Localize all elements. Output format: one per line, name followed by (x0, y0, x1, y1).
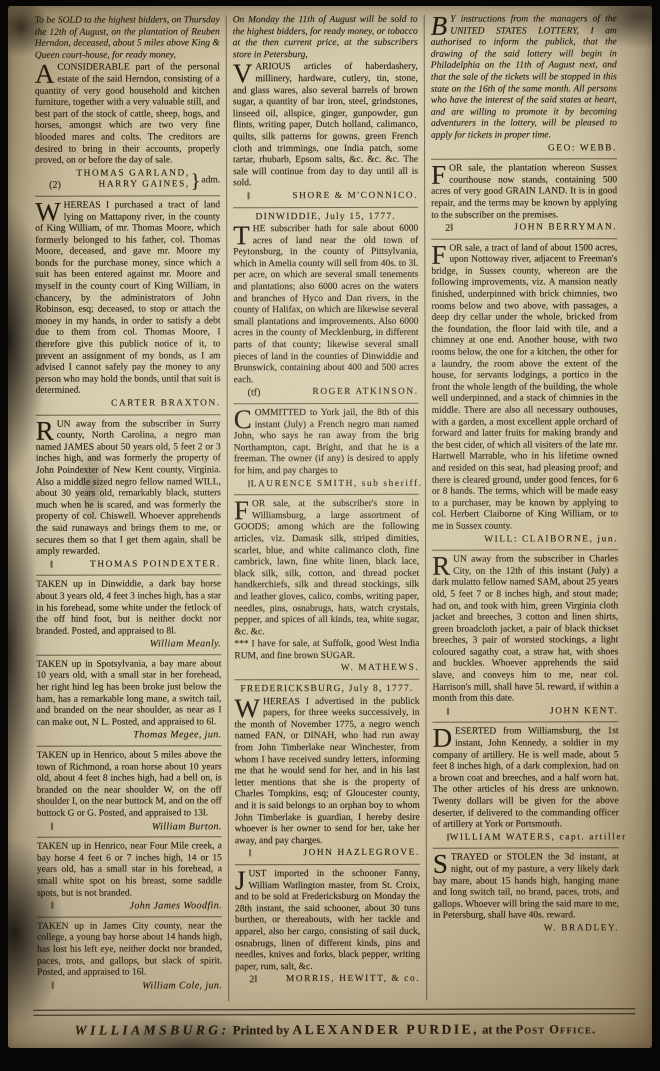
signature-prefix-mark: ‖ (36, 559, 53, 571)
ad-block: RUN away from the subscriber in Charles … (432, 549, 618, 718)
ad-body-text: TAKEN up in James City county, near the … (37, 921, 222, 979)
ad-block: TAKEN up in James City county, near the … (37, 916, 222, 992)
ad-block: To be SOLD to the highest bidders, on Th… (35, 15, 220, 191)
ad-body-text: JUST imported in the schooner Fanny, Wil… (235, 869, 420, 974)
signature-names: SHORE & M'CONNICO. (292, 191, 418, 203)
imprint-city: WILLIAMSBURG: (75, 1022, 230, 1037)
signature-name: GEO: WEBB. (548, 143, 617, 155)
ad-body-text: TAKEN up in Dinwiddie, a dark bay horse … (36, 580, 221, 638)
signature-name: W. MATHEWS. (341, 663, 419, 675)
ad-block: DINWIDDIE, July 15, 1777.THE subscriber … (233, 206, 419, 399)
signature-names: JOHN HAZLEGROVE. (303, 848, 420, 860)
scanned-newspaper-screenshot: { "page": { "footer": { "segments": ["WI… (0, 0, 660, 1071)
ad-signature: 2‖JOHN BERRYMAN. (431, 222, 617, 234)
ad-signature: (2)THOMAS GARLAND,HARRY GAINES,}adm. (35, 168, 220, 192)
ad-body-text: THE subscriber hath for sale about 6000 … (233, 224, 418, 387)
signature-prefix-mark: ‖ (234, 479, 251, 491)
drop-cap: F (431, 164, 449, 186)
imprint-post-office: Post Office. (515, 1022, 596, 1036)
signature-names: JOHN BERRYMAN. (514, 222, 617, 234)
ad-block: TAKEN up in Spotsylvania, a bay mare abo… (36, 654, 221, 742)
ad-signature: ‖William Burton. (37, 821, 222, 833)
drop-cap: W (234, 697, 263, 719)
signature-name: CARTER BRAXTON. (111, 398, 221, 410)
signature-name: JOHN HAZLEGROVE. (303, 848, 420, 860)
drop-cap: S (433, 853, 451, 875)
ad-signature: ‖John James Woodfin. (37, 900, 222, 912)
ad-signature: ‖SHORE & M'CONNICO. (233, 191, 418, 203)
ad-block: STRAYED or STOLEN the 3d instant, at nig… (433, 848, 619, 936)
newspaper-page: To be SOLD to the highest bidders, on Th… (8, 6, 652, 1048)
ad-signature: (tf)ROGER ATKINSON. (234, 387, 419, 399)
column-middle: On Monday the 11th of August will be sol… (227, 15, 428, 1002)
signature-name: SHORE & M'CONNICO. (292, 191, 418, 203)
signature-name: LAURENCE SMITH, sub sheriff. (251, 478, 423, 490)
ad-signature: Thomas Megee, jun. (37, 730, 222, 742)
signature-names: THOMAS GARLAND,HARRY GAINES, (76, 168, 189, 191)
ad-block: FREDERICKSBURG, July 8, 1777.WHEREAS I a… (234, 679, 419, 860)
ad-block: On Monday the 11th of August will be sol… (233, 15, 418, 203)
drop-cap: C (234, 408, 255, 430)
signature-prefix-mark: ‖ (233, 191, 250, 203)
ad-signature: ‖WILLIAM WATERS, capt. artillery. (433, 832, 619, 844)
signature-names: William Cole, jun. (142, 980, 222, 992)
ad-body-text: FOR sale, a tract of land of about 1500 … (431, 243, 618, 533)
signature-name: Thomas Megee, jun. (133, 730, 221, 742)
ad-block: DESERTED from Williamsburg, the 1st inst… (433, 722, 619, 844)
ad-body-text: BY instructions from the managers of the… (431, 14, 617, 142)
drop-cap: F (431, 243, 449, 265)
ad-block: TAKEN up in Dinwiddie, a dark bay horse … (36, 575, 221, 651)
ad-signature: GEO: WEBB. (431, 143, 617, 155)
signature-names: William Meanly. (150, 639, 222, 651)
ad-body-text: RUN away from the subscriber in Surry co… (36, 419, 221, 559)
drop-cap: A (35, 63, 58, 85)
drop-cap: R (36, 419, 57, 441)
signature-names: W. BRADLEY. (544, 923, 619, 935)
signature-names: John James Woodfin. (129, 900, 222, 912)
drop-cap: V (233, 63, 256, 85)
signature-name: ROGER ATKINSON. (313, 387, 419, 399)
signature-name: WILLIAM WATERS, capt. artillery. (450, 832, 626, 844)
signature-name: William Burton. (152, 821, 222, 833)
signature-prefix-mark: ‖ (37, 821, 54, 833)
ad-body-text: FOR sale, the plantation whereon Sussex … (431, 163, 617, 221)
ad-dateline: FREDERICKSBURG, July 8, 1777. (234, 684, 419, 696)
signature-names: CARTER BRAXTON. (111, 398, 221, 410)
ad-body-text: FOR sale, at the subscriber's store in W… (234, 499, 419, 639)
columns-container: To be SOLD to the highest bidders, on Th… (29, 14, 640, 1002)
ad-block: RUN away from the subscriber in Surry co… (36, 414, 221, 571)
ad-body-text: ACONSIDERABLE part of the personal estat… (35, 63, 220, 168)
signature-names: MORRIS, HEWITT, & co. (286, 974, 420, 986)
signature-prefix-mark: ‖ (235, 849, 252, 861)
signature-prefix-mark: ‖ (432, 707, 449, 719)
ad-dateline: DINWIDDIE, July 15, 1777. (233, 211, 418, 223)
signature-prefix-mark: (tf) (234, 388, 261, 400)
ad-signature: W. BRADLEY. (433, 923, 619, 935)
drop-cap: D (433, 727, 456, 749)
ad-block: JUST imported in the schooner Fanny, Wil… (235, 864, 420, 986)
ad-lead-in: To be SOLD to the highest bidders, on Th… (35, 15, 220, 62)
ad-block: WHEREAS I purchased a tract of land lyin… (35, 195, 221, 410)
signature-prefix-mark: 2‖ (431, 223, 453, 235)
ad-block: FOR sale, at the subscriber's store in W… (234, 494, 419, 675)
signature-names: ROGER ATKINSON. (313, 387, 419, 399)
ad-signature: ‖JOHN KENT. (432, 706, 618, 718)
ad-body-text: RUN away from the subscriber in Charles … (432, 554, 618, 705)
ad-signature: ‖LAURENCE SMITH, sub sheriff. (234, 478, 419, 490)
signature-names: GEO: WEBB. (548, 143, 617, 155)
signature-prefix-mark: ‖ (37, 901, 54, 913)
ad-body-text: TAKEN up in Henrico, about 5 miles above… (37, 750, 222, 820)
imprint-footer: WILLIAMSBURG: Printed by ALEXANDER PURDI… (31, 1008, 639, 1039)
signature-names: JOHN KENT. (550, 706, 619, 718)
ad-block: COMMITTED to York jail, the 8th of this … (234, 403, 419, 491)
drop-cap: T (233, 224, 253, 246)
ad-signature: ‖THOMAS POINDEXTER. (36, 559, 221, 571)
drop-cap: W (35, 201, 64, 223)
drop-cap: R (432, 555, 453, 577)
brace-glyph: } (190, 171, 202, 191)
signature-names: LAURENCE SMITH, sub sheriff. (251, 478, 423, 490)
signature-name: THOMAS GARLAND, (76, 168, 189, 180)
drop-cap: B (431, 15, 451, 37)
ad-signature: 2‖MORRIS, HEWITT, & co. (235, 974, 420, 986)
signature-name: John James Woodfin. (129, 900, 222, 912)
signature-name: JOHN BERRYMAN. (514, 222, 617, 234)
signature-prefix-mark: ‖ (433, 832, 450, 844)
ad-lead-in: On Monday the 11th of August will be sol… (233, 15, 418, 62)
drop-cap: J (235, 869, 249, 891)
signature-note: }adm. (190, 171, 220, 191)
column-left: To be SOLD to the highest bidders, on Th… (29, 15, 230, 1002)
signature-name: William Cole, jun. (142, 980, 222, 992)
signature-name: JOHN KENT. (550, 706, 619, 718)
ad-block: FOR sale, a tract of land of about 1500 … (431, 238, 618, 546)
ad-postscript: *** I have for sale, at Suffolk, good We… (234, 639, 419, 663)
ad-block: BY instructions from the managers of the… (431, 14, 617, 155)
signature-note-text: adm. (201, 175, 220, 187)
signature-names: W. MATHEWS. (341, 663, 419, 675)
ad-body-text: TAKEN up in Henrico, near Four Mile cree… (37, 841, 222, 899)
ad-signature: ‖William Cole, jun. (37, 980, 222, 992)
imprint-at-the: at the (482, 1023, 512, 1037)
double-rule (33, 1008, 635, 1016)
signature-prefix-mark: (2) (35, 180, 61, 192)
ad-body-text: WHEREAS I purchased a tract of land lyin… (35, 200, 221, 398)
drop-cap: F (234, 499, 252, 521)
ad-body-text: WHEREAS I advertised in the publick pape… (234, 696, 419, 847)
signature-name: THOMAS POINDEXTER. (90, 559, 221, 571)
signature-names: William Burton. (152, 821, 222, 833)
signature-name: W. BRADLEY. (544, 923, 619, 935)
ad-signature: WILL: CLAIBORNE, jun. (432, 534, 618, 546)
ad-body-text: TAKEN up in Spotsylvania, a bay mare abo… (36, 659, 221, 729)
signature-prefix-mark: 2‖ (235, 975, 257, 987)
ad-block: TAKEN up in Henrico, about 5 miles above… (37, 745, 222, 833)
ad-signature: William Meanly. (36, 639, 221, 651)
imprint-printer-name: ALEXANDER PURDIE, (292, 1022, 479, 1037)
imprint-line: WILLIAMSBURG: Printed by ALEXANDER PURDI… (31, 1021, 639, 1039)
column-right: BY instructions from the managers of the… (425, 14, 626, 1001)
signature-name: William Meanly. (150, 639, 222, 651)
ad-signature: CARTER BRAXTON. (36, 398, 221, 410)
signature-name: MORRIS, HEWITT, & co. (286, 974, 420, 986)
ad-body-text: COMMITTED to York jail, the 8th of this … (234, 408, 419, 478)
signature-name: HARRY GAINES, (76, 180, 189, 192)
signature-names: Thomas Megee, jun. (133, 730, 221, 742)
signature-names: WILLIAM WATERS, capt. artillery. (450, 832, 626, 844)
ad-block: FOR sale, the plantation whereon Sussex … (431, 158, 617, 234)
ad-signature: ‖JOHN HAZLEGROVE. (235, 848, 420, 860)
ad-signature: W. MATHEWS. (234, 663, 419, 675)
signature-prefix-mark: ‖ (37, 980, 54, 992)
ad-body-text: VARIOUS articles of haberdashery, millin… (233, 62, 418, 190)
ad-body-text: STRAYED or STOLEN the 3d instant, at nig… (433, 853, 619, 923)
page-content: To be SOLD to the highest bidders, on Th… (8, 6, 652, 1039)
ad-block: TAKEN up in Henrico, near Four Mile cree… (37, 836, 222, 912)
imprint-printed-by: Printed by (233, 1023, 290, 1037)
signature-names: WILL: CLAIBORNE, jun. (484, 534, 618, 546)
ad-body-text: DESERTED from Williamsburg, the 1st inst… (433, 727, 619, 832)
signature-name: WILL: CLAIBORNE, jun. (484, 534, 618, 546)
signature-names: THOMAS POINDEXTER. (90, 559, 221, 571)
